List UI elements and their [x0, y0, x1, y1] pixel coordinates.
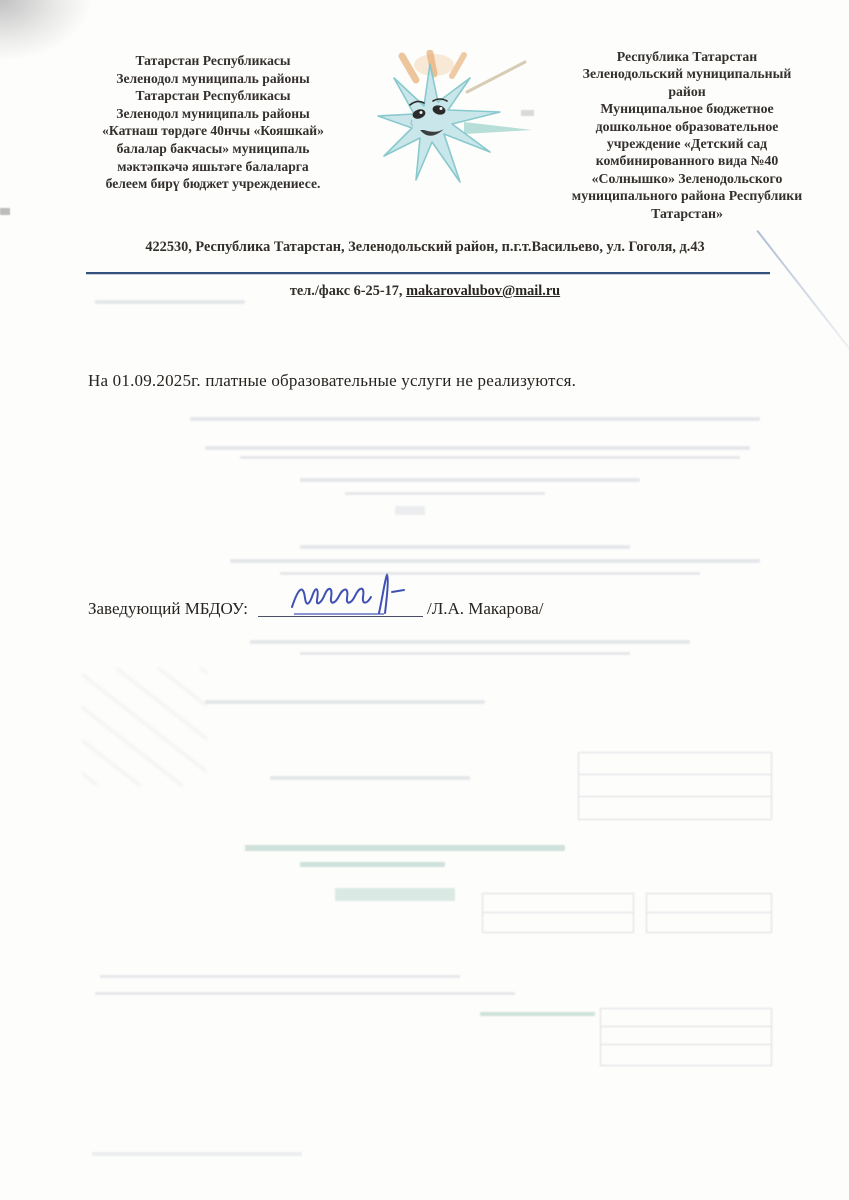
- bleed-through-heading: [335, 888, 455, 901]
- handwritten-signature: [286, 573, 406, 624]
- phone-fax-line: тел./факс 6-25-17, makarovalubov@mail.ru: [60, 283, 790, 300]
- letterhead-tatar-block: Татарстан Республикасы Зеленодол муницип…: [76, 52, 350, 193]
- sun-logo: [372, 50, 532, 202]
- bleed-through-line: [300, 545, 630, 549]
- sun-logo-drawing: [372, 50, 532, 202]
- email-link[interactable]: makarovalubov@mail.ru: [406, 283, 560, 299]
- bleed-through-line: [240, 456, 740, 459]
- letterhead-divider-rule: [86, 272, 770, 274]
- bleed-through-heading: [245, 845, 565, 851]
- paper-crease-left: [82, 668, 207, 786]
- bleed-through-line: [300, 652, 630, 655]
- letterhead-russian-block: Республика Татарстан Зеленодольский муни…: [527, 48, 847, 222]
- bleed-through-heading: [300, 862, 445, 867]
- bleed-through-line: [480, 1012, 595, 1016]
- bleed-through-line: [205, 700, 485, 704]
- signature-line: [258, 594, 423, 617]
- bleed-through-line: [92, 1152, 302, 1156]
- signature-label: Заведующий МБДОУ:: [88, 599, 248, 619]
- bleed-through-line: [95, 300, 245, 304]
- bleed-through-table: [600, 1008, 772, 1066]
- scanned-letter-page: Татарстан Республикасы Зеленодол муницип…: [0, 0, 849, 1200]
- bleed-through-line: [270, 776, 470, 780]
- bleed-through-line: [300, 478, 640, 482]
- bleed-through-line: [95, 992, 515, 995]
- bleed-through-table: [578, 752, 772, 820]
- bleed-through-line: [250, 640, 690, 644]
- bleed-through-line: [345, 492, 545, 495]
- bleed-through-line: [190, 417, 760, 421]
- bleed-through-line: [205, 446, 750, 450]
- address-line: 422530, Республика Татарстан, Зеленодоль…: [60, 239, 790, 256]
- signature-row: Заведующий МБДОУ: /Л.А. Макарова/: [88, 594, 648, 619]
- bleed-through-table: [646, 893, 772, 933]
- scan-edge-mark: [0, 208, 10, 215]
- phone-fax-text: тел./факс 6-25-17,: [290, 283, 406, 299]
- scan-corner-smudge: [0, 0, 90, 60]
- bleed-through-line: [230, 559, 760, 563]
- bleed-through-line: [100, 975, 460, 978]
- statement-text: На 01.09.2025г. платные образовательные …: [88, 371, 768, 391]
- bleed-through-mark: [395, 506, 425, 515]
- bleed-through-table: [482, 893, 634, 933]
- signature-name: /Л.А. Макарова/: [427, 599, 544, 619]
